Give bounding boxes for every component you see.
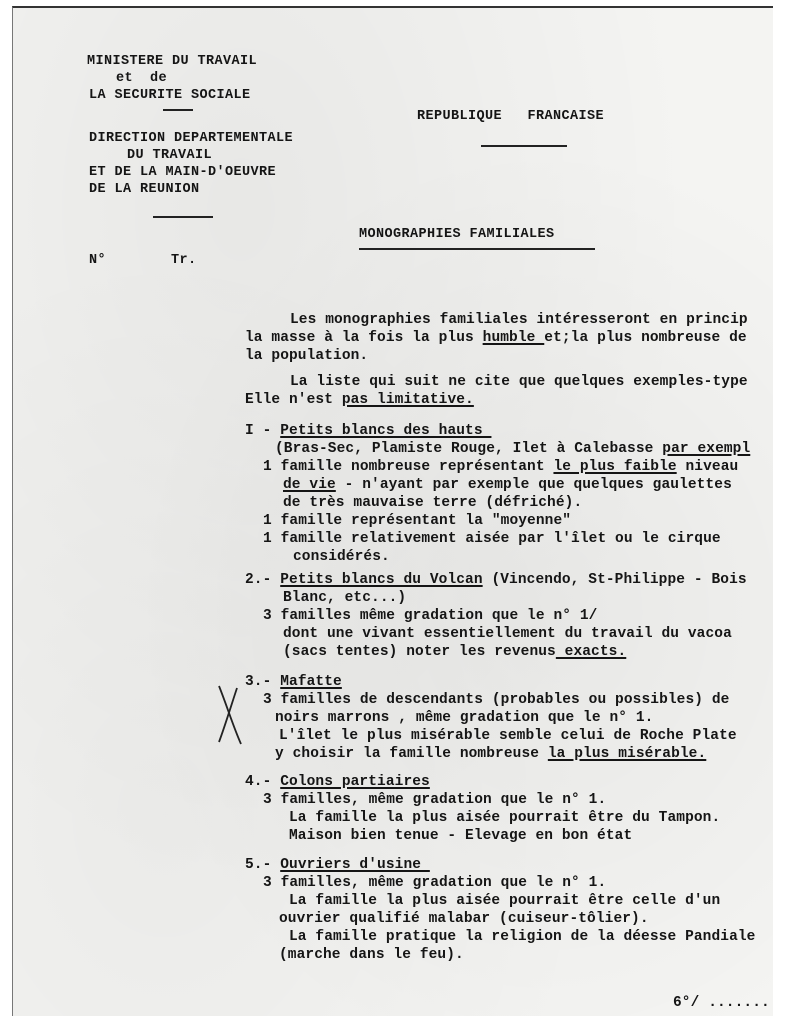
section-3-heading: 3.- Mafatte (245, 673, 342, 691)
handwritten-x-mark-icon (213, 682, 245, 748)
intro-paragraph-2-line-1: La liste qui suit ne cite que quelques e… (290, 373, 748, 391)
direction-line-1: DIRECTION DEPARTEMENTALE (89, 130, 293, 147)
direction-line-4: DE LA REUNION (89, 181, 200, 198)
section-3-line: noirs marrons , même gradation que le n°… (275, 709, 653, 727)
section-1-line: 1 famille nombreuse représentant le plus… (263, 458, 738, 476)
republic-divider (481, 145, 567, 147)
section-2-line: dont une vivant essentiellement du trava… (283, 625, 732, 643)
direction-line-2: DU TRAVAIL (127, 147, 212, 164)
ministry-divider (163, 109, 193, 111)
intro-paragraph-2-line-2: Elle n'est pas limitative. (245, 391, 474, 409)
section-5-line: La famille pratique la religion de la dé… (289, 928, 755, 946)
title-underline (359, 248, 595, 250)
intro-paragraph-1-line-3: la population. (245, 347, 368, 365)
section-4-line: 3 familles, même gradation que le n° 1. (263, 791, 606, 809)
section-1-line: de vie - n'ayant par exemple que quelque… (283, 476, 732, 494)
republic-heading: REPUBLIQUE FRANCAISE (417, 108, 604, 125)
section-4-heading: 4.- Colons partiaires (245, 773, 430, 791)
reference-tr-label: Tr. (171, 252, 197, 269)
ministry-line-2: et de (116, 70, 167, 87)
section-3-line: 3 familles de descendants (probables ou … (263, 691, 729, 709)
section-5-line: 3 familles, même gradation que le n° 1. (263, 874, 606, 892)
direction-divider (153, 216, 213, 218)
section-1-line: de très mauvaise terre (défriché). (283, 494, 582, 512)
section-3-line: L'îlet le plus misérable semble celui de… (279, 727, 737, 745)
section-1-line: 1 famille représentant la "moyenne" (263, 512, 571, 530)
section-2-line: Blanc, etc...) (283, 589, 406, 607)
document-page: MINISTERE DU TRAVAIL et de LA SECURITE S… (12, 6, 773, 1016)
section-5-line: La famille la plus aisée pourrait être c… (289, 892, 720, 910)
section-5-line: (marche dans le feu). (279, 946, 464, 964)
section-4-line: La famille la plus aisée pourrait être d… (289, 809, 720, 827)
section-2-line: (sacs tentes) noter les revenus exacts. (283, 643, 626, 661)
section-2-line: 3 familles même gradation que le n° 1/ (263, 607, 597, 625)
section-4-line: Maison bien tenue - Elevage en bon état (289, 827, 632, 845)
section-2-heading: 2.- Petits blancs du Volcan (Vincendo, S… (245, 571, 747, 589)
reference-number-label: N° (89, 252, 106, 269)
ministry-line-3: LA SECURITE SOCIALE (89, 87, 251, 104)
section-5-line: ouvrier qualifié malabar (cuiseur-tôlier… (279, 910, 649, 928)
section-1-heading: I - Petits blancs des hauts (245, 422, 491, 440)
section-1-line: (Bras-Sec, Plamiste Rouge, Ilet à Caleba… (275, 440, 750, 458)
ministry-line-1: MINISTERE DU TRAVAIL (87, 53, 257, 70)
direction-line-3: ET DE LA MAIN-D'OEUVRE (89, 164, 276, 181)
continuation-marker: 6°/ ....... (673, 994, 770, 1012)
section-5-heading: 5.- Ouvriers d'usine (245, 856, 430, 874)
section-1-line: considérés. (293, 548, 390, 566)
section-3-line: y choisir la famille nombreuse la plus m… (275, 745, 706, 763)
intro-paragraph-1-line-1: Les monographies familiales intéresseron… (290, 311, 748, 329)
document-title: MONOGRAPHIES FAMILIALES (359, 226, 555, 243)
intro-paragraph-1-line-2: la masse à la fois la plus humble et;la … (245, 329, 747, 347)
section-1-line: 1 famille relativement aisée par l'îlet … (263, 530, 721, 548)
